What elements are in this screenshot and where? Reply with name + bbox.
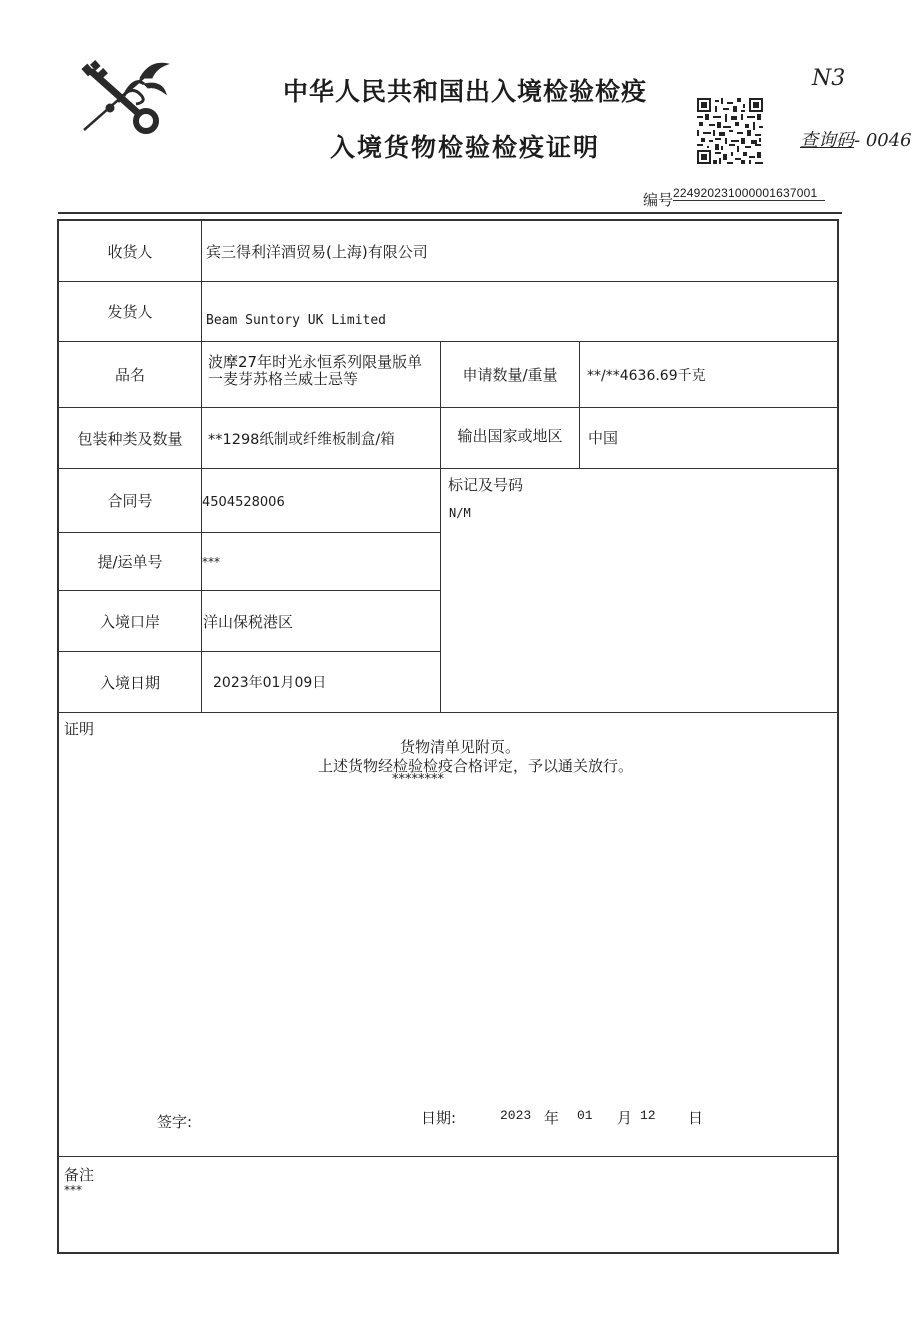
row-divider bbox=[57, 712, 839, 713]
product-value: 波摩27年时光永恒系列限量版单 一麦芽苏格兰威士忌等 bbox=[208, 354, 438, 388]
header-rule bbox=[58, 212, 842, 214]
document-subtitle: 入境货物检验检疫证明 bbox=[240, 128, 690, 164]
issue-date-month-unit: 月 bbox=[617, 1107, 632, 1128]
customs-emblem-icon bbox=[78, 58, 170, 136]
document-title: 中华人民共和国出入境检验检疫 bbox=[240, 72, 690, 108]
certification-line1: 货物清单见附页。 bbox=[400, 736, 520, 757]
col-divider bbox=[579, 341, 580, 468]
product-value-line1: 波摩27年时光永恒系列限量版单 bbox=[208, 354, 438, 371]
handwritten-query-value: 0046 bbox=[866, 130, 912, 151]
issue-date-year-unit: 年 bbox=[544, 1107, 559, 1128]
consignor-label: 发货人 bbox=[59, 282, 201, 340]
issue-date-day: 12 bbox=[640, 1108, 656, 1123]
signature-label: 签字: bbox=[157, 1111, 192, 1132]
certification-line3: ******** bbox=[392, 772, 444, 787]
serial-number: 编号224920231000001637001 bbox=[643, 186, 825, 210]
row-divider bbox=[57, 1156, 839, 1157]
marks-label: 标记及号码 bbox=[448, 474, 523, 495]
marks-value: N/M bbox=[449, 506, 471, 520]
handwritten-mark: N3 bbox=[812, 66, 845, 91]
issue-date-month: 01 bbox=[577, 1108, 593, 1123]
handwritten-query-code: 查询码- 0046 bbox=[800, 126, 912, 152]
remarks-label: 备注 bbox=[64, 1164, 94, 1185]
port-of-entry-value: 洋山保税港区 bbox=[203, 591, 433, 651]
remarks-value: *** bbox=[64, 1183, 82, 1197]
bill-of-lading-label: 提/运单号 bbox=[59, 533, 201, 590]
quantity-value: **/**4636.69千克 bbox=[587, 342, 827, 407]
handwritten-query-sep: - bbox=[854, 130, 860, 151]
entry-date-label: 入境日期 bbox=[59, 652, 201, 712]
contract-value: 4504528006 bbox=[202, 472, 432, 532]
issue-date-year: 2023 bbox=[500, 1108, 531, 1123]
product-label: 品名 bbox=[59, 342, 201, 407]
serial-label: 编号 bbox=[643, 191, 673, 209]
handwritten-query-label: 查询码 bbox=[800, 130, 854, 151]
quantity-label: 申请数量/重量 bbox=[441, 342, 579, 407]
consignee-value: 宾三得利洋酒贸易(上海)有限公司 bbox=[206, 221, 826, 281]
consignor-value: Beam Suntory UK Limited bbox=[206, 308, 826, 332]
packaging-value: **1298纸制或纤维板制盒/箱 bbox=[208, 408, 438, 468]
issue-date-day-unit: 日 bbox=[688, 1107, 703, 1128]
bill-of-lading-value: *** bbox=[202, 533, 432, 590]
contract-label: 合同号 bbox=[59, 469, 201, 532]
serial-value: 224920231000001637001 bbox=[673, 186, 825, 201]
col-divider bbox=[201, 219, 202, 712]
qr-code-icon bbox=[697, 98, 763, 164]
packaging-label: 包装种类及数量 bbox=[59, 408, 201, 468]
product-value-line2: 一麦芽苏格兰威士忌等 bbox=[208, 371, 438, 388]
entry-date-value: 2023年01月09日 bbox=[213, 652, 443, 712]
issue-date-label: 日期: bbox=[421, 1107, 456, 1128]
certification-line2: 上述货物经检验检疫合格评定，予以通关放行。 bbox=[318, 755, 633, 776]
origin-value: 中国 bbox=[588, 408, 828, 466]
origin-label: 输出国家或地区 bbox=[441, 406, 579, 464]
consignee-label: 收货人 bbox=[59, 221, 201, 281]
port-of-entry-label: 入境口岸 bbox=[59, 591, 201, 651]
certification-label: 证明 bbox=[64, 718, 94, 739]
